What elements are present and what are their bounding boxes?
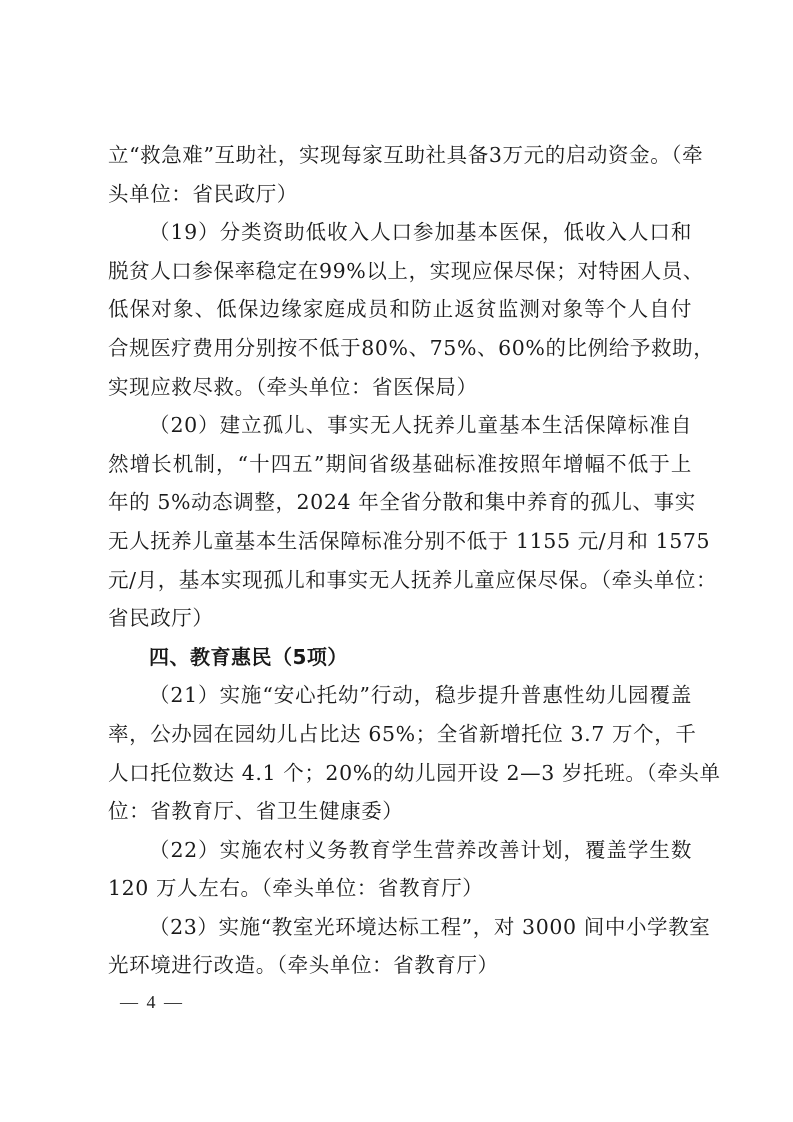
body-text: 立“救急难”互助社，实现每家互助社具备3万元的启动资金。（牵 头单位：省民政厅）… bbox=[108, 136, 692, 985]
text-line-item-21: 率，公办园在园幼儿占比达 65%；全省新增托位 3.7 万个，千 bbox=[108, 715, 692, 754]
text-line-item-19-lead-unit: 实现应救尽救。（牵头单位：省医保局） bbox=[108, 368, 692, 407]
text-line-item-23-start: （23）实施“教室光环境达标工程”，对 3000 间中小学教室 bbox=[108, 908, 692, 947]
text-line-item-18-cont: 立“救急难”互助社，实现每家互助社具备3万元的启动资金。（牵 bbox=[108, 136, 692, 175]
text-line-item-20: 元/月，基本实现孤儿和事实无人抚养儿童应保尽保。（牵头单位： bbox=[108, 561, 692, 600]
text-line-item-19: 低保对象、低保边缘家庭成员和防止返贫监测对象等个人自付 bbox=[108, 290, 692, 329]
text-line-item-21: 人口托位数达 4.1 个；20%的幼儿园开设 2—3 岁托班。（牵头单 bbox=[108, 754, 692, 793]
text-line-item-20: 然增长机制，“十四五”期间省级基础标准按照年增幅不低于上 bbox=[108, 445, 692, 484]
text-line-item-19: 合规医疗费用分别按不低于80%、75%、60%的比例给予救助， bbox=[108, 329, 692, 368]
text-line-item-22-lead-unit: 120 万人左右。（牵头单位：省教育厅） bbox=[108, 869, 692, 908]
text-line-item-20-start: （20）建立孤儿、事实无人抚养儿童基本生活保障标准自 bbox=[108, 406, 692, 445]
page-number: — 4 — bbox=[120, 992, 184, 1013]
text-line-item-22-start: （22）实施农村义务教育学生营养改善计划，覆盖学生数 bbox=[108, 831, 692, 870]
text-line-item-20: 年的 5%动态调整，2024 年全省分散和集中养育的孤儿、事实 bbox=[108, 483, 692, 522]
text-line-item-20: 无人抚养儿童基本生活保障标准分别不低于 1155 元/月和 1575 bbox=[108, 522, 692, 561]
section-heading-education: 四、教育惠民（5项） bbox=[108, 638, 692, 677]
text-line-item-21-start: （21）实施“安心托幼”行动，稳步提升普惠性幼儿园覆盖 bbox=[108, 676, 692, 715]
text-line-item-20-lead-unit: 省民政厅） bbox=[108, 599, 692, 638]
text-line-item-19-start: （19）分类资助低收入人口参加基本医保，低收入人口和 bbox=[108, 213, 692, 252]
text-line-item-19: 脱贫人口参保率稳定在99%以上，实现应保尽保；对特困人员、 bbox=[108, 252, 692, 291]
text-line-item-18-lead-unit: 头单位：省民政厅） bbox=[108, 175, 692, 214]
text-line-item-23-lead-unit: 光环境进行改造。（牵头单位：省教育厅） bbox=[108, 946, 692, 985]
document-page: 立“救急难”互助社，实现每家互助社具备3万元的启动资金。（牵 头单位：省民政厅）… bbox=[0, 0, 793, 1122]
text-line-item-21-lead-unit: 位：省教育厅、省卫生健康委） bbox=[108, 792, 692, 831]
